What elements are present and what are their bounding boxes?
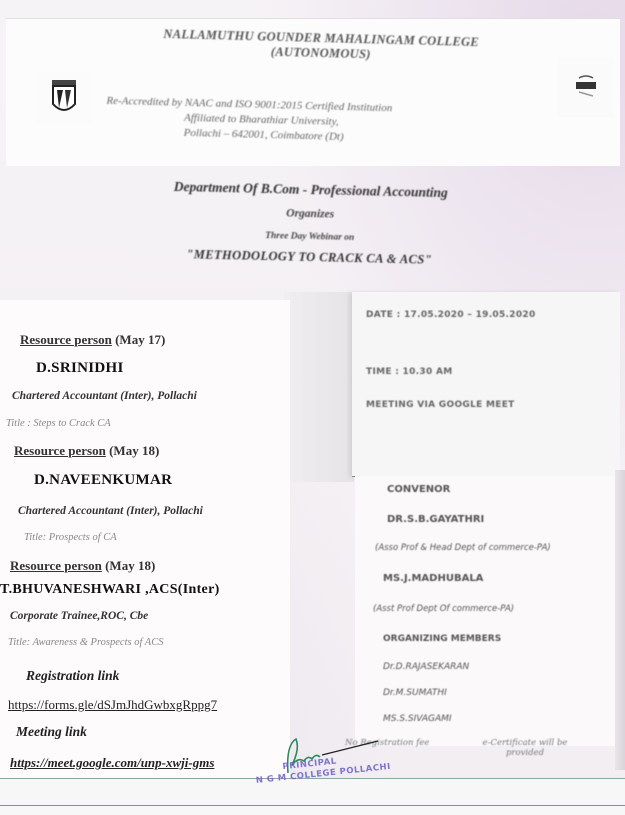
event-format: Three Day Webinar on — [120, 228, 500, 247]
meeting-link[interactable]: https://meet.google.com/unp-xwji-gms — [10, 755, 214, 771]
certificate-note-line: e-Certificate will be — [470, 738, 580, 748]
meeting-link-label: Meeting link — [16, 724, 87, 740]
event-venue: MEETING VIA GOOGLE MEET — [366, 400, 515, 410]
college-header: NALLAMUTHU GOUNDER MAHALINGAM COLLEGE (A… — [6, 18, 620, 166]
resource-person-role: Chartered Accountant (Inter), Pollachi — [18, 505, 203, 517]
paper-edge-shadow — [615, 470, 625, 770]
certificate-note-line: provided — [470, 748, 580, 758]
resource-person-day: (May 18) — [109, 443, 159, 458]
co-convenor-designation: (Asst Prof Dept Of commerce-PA) — [373, 604, 514, 614]
resource-person-name: T.BHUVANESHWARI ,ACS(Inter) — [0, 582, 220, 598]
session-title: Title : Steps to Crack CA — [6, 418, 111, 429]
registration-link[interactable]: https://forms.gle/dSJmJhdGwbxgRppg7 — [8, 697, 217, 713]
registration-link-label: Registration link — [26, 668, 119, 684]
resource-person-label: Resource person — [20, 332, 112, 347]
resource-person-label: Resource person — [14, 443, 106, 458]
organizers-panel: CONVENOR DR.S.B.GAYATHRI (Asso Prof & He… — [355, 476, 620, 746]
college-name: NALLAMUTHU GOUNDER MAHALINGAM COLLEGE (A… — [126, 26, 517, 66]
college-crest-icon — [36, 71, 92, 125]
resource-person-label: Resource person — [10, 558, 102, 573]
resource-persons-panel: Resource person (May 17) D.SRINIDHI Char… — [0, 300, 290, 790]
convenor-designation: (Asso Prof & Head Dept of commerce-PA) — [375, 543, 551, 553]
event-details-panel: DATE : 17.05.2020 – 19.05.2020 TIME : 10… — [352, 292, 620, 477]
organizing-members-heading: ORGANIZING MEMBERS — [383, 634, 501, 644]
resource-person-name: D.NAVEENKUMAR — [34, 472, 172, 489]
certificate-note: e-Certificate will be provided — [470, 738, 580, 758]
resource-person-role: Chartered Accountant (Inter), Pollachi — [12, 390, 197, 402]
organizing-member: MS.S.SIVAGAMI — [383, 714, 452, 724]
resource-person-heading: Resource person (May 18) — [10, 558, 155, 574]
organizing-member: Dr.M.SUMATHI — [383, 688, 447, 698]
session-title: Title: Prospects of CA — [24, 532, 117, 543]
resource-person-role: Corporate Trainee,ROC, Cbe — [10, 610, 148, 622]
organizing-member: Dr.D.RAJASEKARAN — [383, 662, 469, 672]
session-title: Title: Awareness & Prospects of ACS — [8, 637, 163, 648]
organizes-text: Organizes — [120, 204, 500, 225]
divider-line — [0, 805, 625, 806]
emblem-icon — [558, 57, 613, 117]
accreditation-info: Re-Accredited by NAAC and ISO 9001:2015 … — [105, 94, 506, 149]
convenor-name: DR.S.B.GAYATHRI — [387, 514, 484, 525]
page-bottom-margin — [0, 778, 625, 815]
resource-person-name: D.SRINIDHI — [36, 360, 124, 377]
event-date: DATE : 17.05.2020 – 19.05.2020 — [366, 310, 536, 320]
resource-person-heading: Resource person (May 17) — [20, 332, 165, 348]
resource-person-day: (May 18) — [105, 558, 155, 573]
convenor-heading: CONVENOR — [387, 484, 450, 495]
paper-fold-shadow — [284, 292, 354, 482]
resource-person-heading: Resource person (May 18) — [14, 443, 159, 459]
co-convenor-name: MS.J.MADHUBALA — [383, 573, 483, 584]
resource-person-day: (May 17) — [115, 332, 165, 347]
event-title-block: Department Of B.Com - Professional Accou… — [119, 178, 501, 270]
event-time: TIME : 10.30 AM — [366, 367, 452, 377]
